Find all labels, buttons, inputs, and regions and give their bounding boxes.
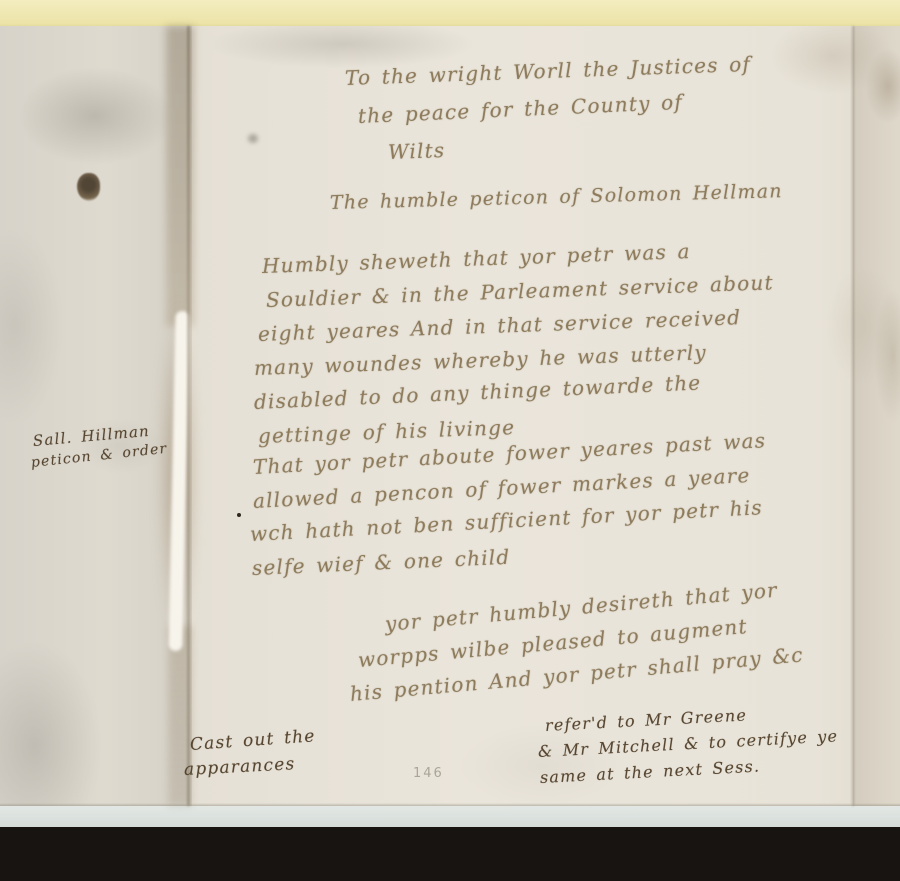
left-fold-crease xyxy=(187,26,190,806)
folio-number: 146 xyxy=(413,766,444,781)
backing-sheet-edge xyxy=(0,805,900,827)
ink-speck xyxy=(237,513,241,517)
mat-top-strip xyxy=(0,0,900,29)
heading-line-3: Wilts xyxy=(388,138,446,164)
recto-main-panel xyxy=(192,26,900,806)
ink-blot xyxy=(77,173,100,201)
manuscript-scan: To the wright Worll the Justices of the … xyxy=(0,0,900,881)
right-fold-crease xyxy=(852,26,854,806)
smudge-spot xyxy=(248,134,258,143)
right-fold-strip xyxy=(853,26,900,806)
